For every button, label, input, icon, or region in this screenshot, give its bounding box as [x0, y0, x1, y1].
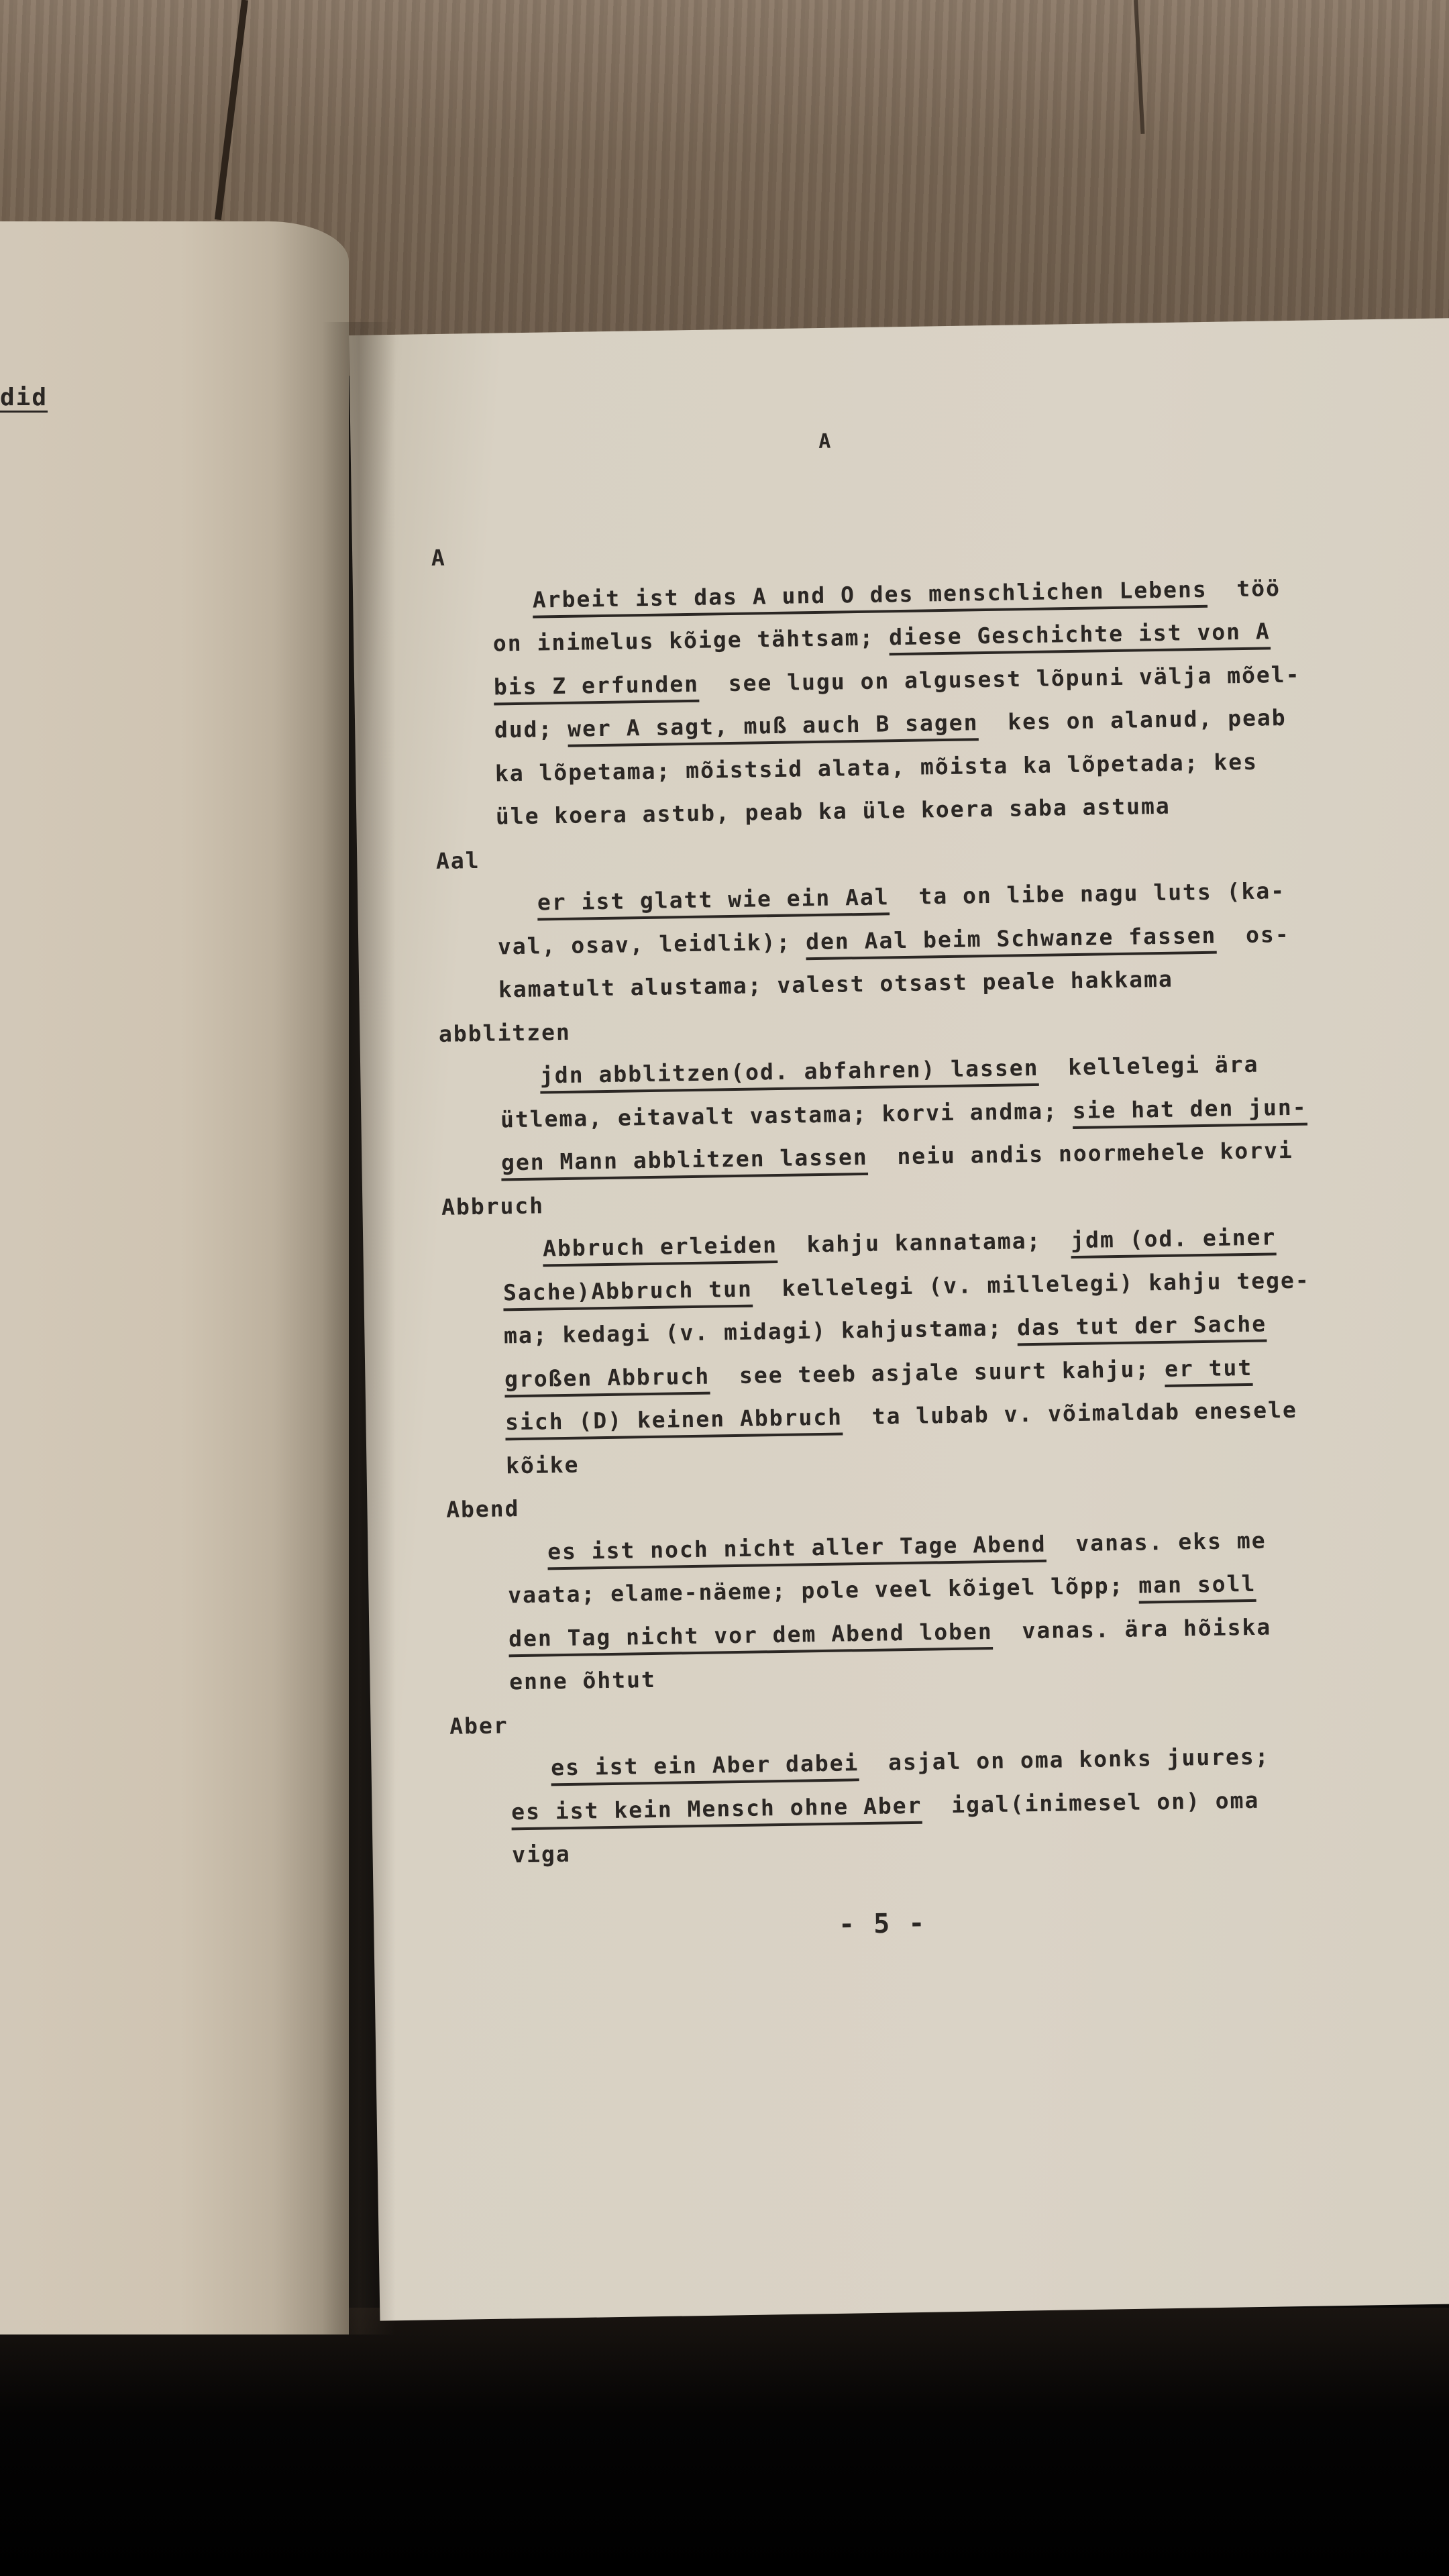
german-phrase: sie hat den jun-: [1072, 1093, 1307, 1123]
left-page: [0, 221, 349, 2334]
wood-crack: [1134, 0, 1144, 134]
german-phrase: Arbeit ist das A und O des menschlichen …: [533, 576, 1207, 612]
dictionary-entry: AArbeit ist das A und O des menschlichen…: [431, 521, 1428, 840]
book-gutter: [322, 322, 396, 2334]
estonian-translation: os-: [1216, 920, 1290, 948]
estonian-translation: asjal on oma konks juures;: [859, 1743, 1270, 1776]
german-phrase: sich (D) keinen Abbruch: [505, 1404, 843, 1436]
estonian-translation: dud;: [494, 716, 568, 743]
german-phrase: Sache)Abbruch tun: [503, 1275, 753, 1305]
estonian-translation: vanas. ära hõiska: [992, 1613, 1271, 1644]
estonian-translation: ta lubab v. võimaldab enesele: [843, 1397, 1297, 1430]
page-number: - 5 -: [839, 1908, 926, 1940]
estonian-translation: val, osav, leidlik);: [498, 928, 806, 959]
left-page-fragment: did: [0, 384, 48, 411]
german-phrase: großen Abbruch: [504, 1362, 710, 1392]
german-phrase: er tut: [1165, 1354, 1253, 1381]
estonian-translation: viga: [512, 1841, 571, 1868]
dark-background: [0, 2308, 1449, 2576]
german-phrase: das tut der Sache: [1017, 1311, 1267, 1341]
estonian-translation: neiu andis noormehele korvi: [867, 1137, 1293, 1170]
estonian-translation: on inimelus kõige tähtsam;: [493, 624, 890, 656]
german-phrase: den Aal beim Schwanze fassen: [806, 922, 1217, 955]
dictionary-entry: Aaler ist glatt wie ein Aal ta on libe n…: [435, 824, 1431, 1012]
dictionary-entry: abblitzenjdn abblitzen(od. abfahren) las…: [439, 997, 1434, 1185]
german-phrase: den Tag nicht vor dem Abend loben: [508, 1618, 993, 1652]
estonian-translation: kõike: [506, 1451, 580, 1479]
estonian-translation: kellelegi ära: [1038, 1051, 1259, 1081]
german-phrase: er ist glatt wie ein Aal: [537, 883, 890, 915]
estonian-translation: kahju kannatama;: [777, 1227, 1071, 1258]
dictionary-entry: Abendes ist noch nicht aller Tage Abend …: [446, 1473, 1442, 1705]
estonian-translation: kamatult alustama; valest otsast peale h…: [498, 966, 1173, 1003]
wood-crack: [215, 0, 248, 220]
estonian-translation: enne õhtut: [509, 1666, 656, 1695]
german-phrase: es ist noch nicht aller Tage Abend: [547, 1530, 1046, 1564]
dictionary-entry: AbbruchAbbruch erleiden kahju kannatama;…: [441, 1170, 1439, 1489]
german-phrase: man soll: [1138, 1570, 1256, 1599]
estonian-translation: see lugu on algusest lõpuni välja mõel-: [699, 661, 1301, 696]
section-heading: A: [818, 430, 833, 453]
german-phrase: gen Mann abblitzen lassen: [501, 1144, 868, 1176]
estonian-translation: kes on alanud, peab: [978, 704, 1287, 735]
estonian-translation: üle koera astub, peab ka üle koera saba …: [496, 793, 1171, 830]
german-phrase: es ist kein Mensch ohne Aber: [511, 1792, 922, 1825]
german-phrase: es ist ein Aber dabei: [551, 1750, 859, 1780]
entries-list: AArbeit ist das A und O des menschlichen…: [431, 521, 1444, 1878]
estonian-translation: kellelegi (v. millelegi) kahju tege-: [752, 1267, 1309, 1301]
dictionary-entry: Aberes ist ein Aber dabei asjal on oma k…: [449, 1689, 1445, 1878]
german-phrase: Abbruch erleiden: [543, 1232, 777, 1261]
estonian-translation: ta on libe nagu luts (ka-: [889, 877, 1285, 910]
estonian-translation: vanas. eks me: [1046, 1527, 1267, 1556]
estonian-translation: see teeb asjale suurt kahju;: [710, 1355, 1165, 1389]
estonian-translation: töö: [1207, 575, 1281, 602]
estonian-translation: ma; kedagi (v. midagi) kahjustama;: [504, 1314, 1018, 1348]
estonian-translation: vaata; elame-näeme; pole veel kõigel lõp…: [508, 1572, 1139, 1609]
german-phrase: bis Z erfunden: [494, 670, 700, 700]
estonian-translation: ütlema, eitavalt vastama; korvi andma;: [500, 1097, 1073, 1132]
estonian-translation: igal(inimesel on) oma: [922, 1786, 1260, 1818]
german-phrase: jdm (od. einer: [1071, 1224, 1277, 1253]
estonian-translation: ka lõpetama; mõistsid alata, mõista ka l…: [495, 748, 1258, 786]
german-phrase: wer A sagt, muß auch B sagen: [568, 709, 979, 742]
german-phrase: diese Geschichte ist von A: [889, 618, 1271, 650]
german-phrase: jdn abblitzen(od. abfahren) lassen: [540, 1055, 1039, 1089]
